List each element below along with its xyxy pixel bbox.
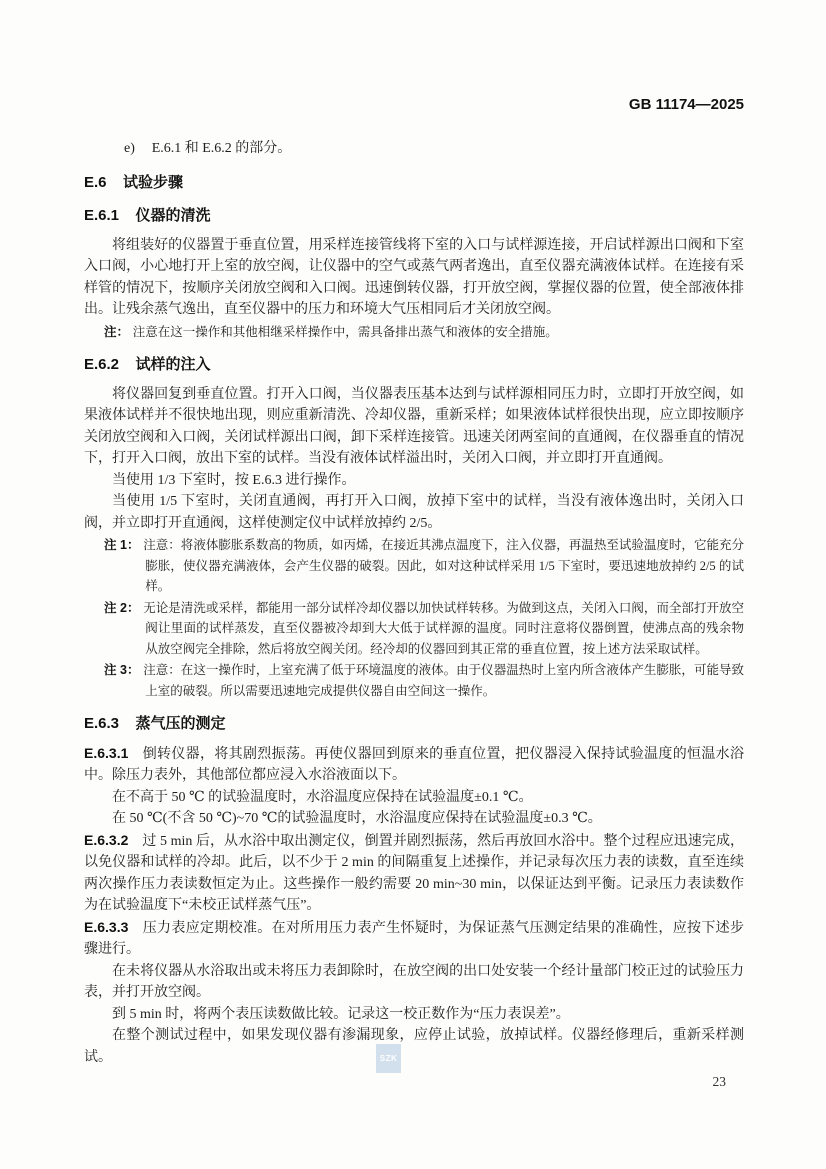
paragraph-e62-2: 当使用 1/3 下室时，按 E.6.3 进行操作。 [84,470,744,492]
paragraph-e633-3: 到 5 min 时，将两个表压读数做比较。记录这一校正数作为“压力表误差”。 [84,1004,744,1026]
clause-number: E.6.3.3 [84,919,128,935]
section-heading-e6: E.6试验步骤 [84,172,744,194]
list-item-e: e)E.6.1 和 E.6.2 的部分。 [124,138,744,160]
list-item-text: E.6.1 和 E.6.2 的部分。 [152,141,292,156]
section-number: E.6.3 [84,715,119,732]
note-label: 注 2： [104,601,140,615]
paragraph-e631-3: 在 50 ℃(不含 50 ℃)~70 ℃的试验温度时，水浴温度应保持在试验温度±… [84,808,744,830]
clause-e633: E.6.3.3压力表应定期校准。在对所用压力表产生怀疑时，为保证蒸气压测定结果的… [84,917,744,961]
paragraph-e633-4: 在整个测试过程中，如果发现仪器有渗漏现象，应停止试验，放掉试样。仪器经修理后，重… [84,1025,744,1068]
clause-text: 过 5 min 后，从水浴中取出测定仪，倒置并剧烈振荡，然后再放回水浴中。整个过… [84,834,744,914]
section-heading-e63: E.6.3蒸气压的测定 [84,713,744,735]
note-text: 注意：将液体膨胀系数高的物质，如丙烯，在接近其沸点温度下，注入仪器，再温热至试验… [143,538,744,593]
note-label: 注 3： [104,663,140,677]
doc-number: GB 11174—2025 [629,96,744,113]
note-text: 注意在这一操作和其他相继采样操作中，需具备排出蒸气和液体的安全措施。 [133,325,558,339]
paragraph-e631-2: 在不高于 50 ℃ 的试验温度时，水浴温度应保持在试验温度±0.1 ℃。 [84,787,744,809]
section-number: E.6.1 [84,207,119,224]
clause-e631: E.6.3.1倒转仪器，将其剧烈振荡。再使仪器回到原来的垂直位置，把仪器浸入保持… [84,743,744,787]
section-title: 试验步骤 [123,174,183,191]
section-title: 试样的注入 [136,356,211,373]
list-item-marker: e) [124,141,135,156]
page-number: 23 [713,1074,727,1090]
note-e61: 注：注意在这一操作和其他相继采样操作中，需具备排出蒸气和液体的安全措施。 [104,322,744,343]
clause-number: E.6.3.2 [84,832,128,848]
section-heading-e62: E.6.2试样的注入 [84,354,744,376]
section-title: 仪器的清洗 [136,207,211,224]
note-1: 注 1：注意：将液体膨胀系数高的物质，如丙烯，在接近其沸点温度下，注入仪器，再温… [104,535,744,597]
section-number: E.6.2 [84,356,119,373]
header: GB 11174—2025 [84,96,744,114]
note-label: 注 1： [104,538,140,552]
paragraph-e61: 将组装好的仪器置于垂直位置，用采样连接管线将下室的入口与试样源连接，开启试样源出… [84,235,744,321]
note-2: 注 2：无论是清洗或采样，都能用一部分试样冷却仪器以加快试样转移。为做到这点，关… [104,598,744,660]
section-number: E.6 [84,174,107,191]
paragraph-e62-3: 当使用 1/5 下室时，关闭直通阀，再打开入口阀，放掉下室中的试样，当没有液体逸… [84,491,744,534]
page-content: GB 11174—2025 e)E.6.1 和 E.6.2 的部分。 E.6试验… [0,0,826,1169]
clause-text: 压力表应定期校准。在对所用压力表产生怀疑时，为保证蒸气压测定结果的准确性，应按下… [84,921,744,958]
clause-text: 倒转仪器，将其剧烈振荡。再使仪器回到原来的垂直位置，把仪器浸入保持试验温度的恒温… [84,747,744,784]
clause-number: E.6.3.1 [84,745,128,761]
note-label: 注： [104,325,129,339]
section-heading-e61: E.6.1仪器的清洗 [84,205,744,227]
paragraph-e633-2: 在未将仪器从水浴取出或未将压力表卸除时，在放空阀的出口处安装一个经计量部门校正过… [84,961,744,1004]
paragraph-e62-1: 将仪器回复到垂直位置。打开入口阀，当仪器表压基本达到与试样源相同压力时，立即打开… [84,384,744,470]
note-text: 注意：在这一操作时，上室充满了低于环境温度的液体。由于仪器温热时上室内所含液体产… [143,663,744,698]
note-3: 注 3：注意：在这一操作时，上室充满了低于环境温度的液体。由于仪器温热时上室内所… [104,660,744,701]
section-title: 蒸气压的测定 [136,715,226,732]
document-page: SZK GB 11174—2025 e)E.6.1 和 E.6.2 的部分。 E… [0,0,826,1169]
note-text: 无论是清洗或采样，都能用一部分试样冷却仪器以加快试样转移。为做到这点，关闭入口阀… [143,601,744,656]
clause-e632: E.6.3.2过 5 min 后，从水浴中取出测定仪，倒置并剧烈振荡，然后再放回… [84,830,744,917]
